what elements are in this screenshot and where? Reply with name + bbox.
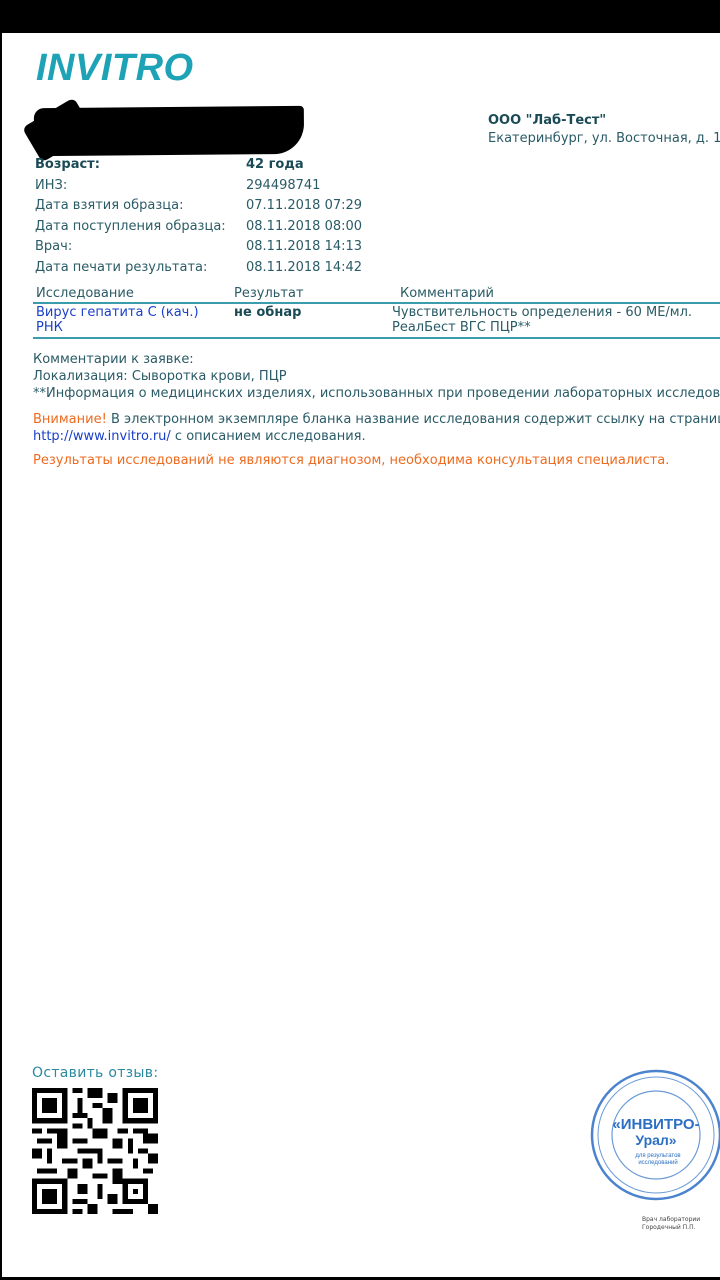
stamp-sub2: исследований: [638, 1159, 677, 1166]
qr-code-icon[interactable]: [32, 1088, 158, 1214]
lab-name: ООО "Лаб-Тест": [488, 113, 720, 128]
age-value: 42 года: [246, 155, 304, 176]
comment-line2: РеалБест ВГС ПЦР**: [392, 320, 720, 335]
info-row-sample-date: Дата взятия образца: 07.11.2018 07:29: [35, 196, 362, 217]
info-value: 08.11.2018 14:13: [246, 237, 362, 258]
info-row-arrival-date: Дата поступления образца: 08.11.2018 08:…: [35, 217, 362, 238]
signature: Врач лаборатории Городечный П.П.: [642, 1216, 700, 1232]
info-row-print-date: Дата печати результата: 08.11.2018 14:42: [35, 258, 362, 279]
notice-text: В электронном экземпляре бланка название…: [107, 412, 720, 427]
invitro-logo: INVITRO: [36, 47, 194, 90]
stamp-icon: «ИНВИТРО- Урал» для результатов исследов…: [588, 1067, 720, 1203]
test-comment: Чувствительность определения - 60 МЕ/мл.…: [392, 305, 720, 335]
info-label: Дата печати результата:: [35, 258, 246, 279]
info-label: ИНЗ:: [35, 176, 246, 197]
stamp-title: «ИНВИТРО-: [612, 1116, 699, 1133]
table-row: Вирус гепатита С (кач.) РНК не обнар Чув…: [33, 304, 720, 339]
info-value: 07.11.2018 07:29: [246, 196, 362, 217]
stamp-sub1: для результатов: [635, 1153, 680, 1159]
localization: Локализация: Сыворотка крови, ПЦР: [33, 368, 720, 385]
comments-title: Комментарии к заявке:: [33, 351, 720, 368]
invitro-link[interactable]: http://www.invitro.ru/: [33, 429, 171, 444]
test-name-link[interactable]: Вирус гепатита С (кач.) РНК: [33, 305, 234, 335]
info-value: 294498741: [246, 176, 320, 197]
info-row-doctor: Врач: 08.11.2018 14:13: [35, 237, 362, 258]
header-test: Исследование: [33, 285, 234, 302]
test-name-line1[interactable]: Вирус гепатита С (кач.): [36, 305, 234, 320]
age-row: Возраст: 42 года: [35, 155, 362, 176]
patient-info: Возраст: 42 года ИНЗ: 294498741 Дата взя…: [35, 155, 362, 278]
lab-info: ООО "Лаб-Тест" Екатеринбург, ул. Восточн…: [488, 113, 720, 146]
header-result: Результат: [234, 285, 392, 302]
attention-label: Внимание!: [33, 412, 107, 427]
info-label: Дата поступления образца:: [35, 217, 246, 238]
info-row-inz: ИНЗ: 294498741: [35, 176, 362, 197]
info-value: 08.11.2018 14:42: [246, 258, 362, 279]
table-header: Исследование Результат Комментарий: [33, 285, 720, 304]
lab-address: Екатеринбург, ул. Восточная, д. 16: [488, 131, 720, 146]
footnote: **Информация о медицинских изделиях, исп…: [33, 385, 720, 402]
stamp-title2: Урал»: [635, 1132, 676, 1148]
age-label: Возраст:: [35, 155, 246, 176]
lab-result-document: INVITRO ООО "Лаб-Тест" Екатеринбург, ул.…: [2, 33, 720, 1277]
notice: Внимание! В электронном экземпляре бланк…: [33, 411, 720, 445]
feedback-label: Оставить отзыв:: [32, 1065, 158, 1081]
test-result: не обнар: [234, 305, 392, 335]
info-label: Дата взятия образца:: [35, 196, 246, 217]
disclaimer: Результаты исследований не являются диаг…: [33, 453, 669, 468]
info-value: 08.11.2018 08:00: [246, 217, 362, 238]
signature-line1: Врач лаборатории: [642, 1216, 700, 1224]
header-comment: Комментарий: [392, 285, 720, 302]
results-table: Исследование Результат Комментарий Вирус…: [33, 285, 720, 339]
signature-line2: Городечный П.П.: [642, 1224, 700, 1232]
test-name-line2[interactable]: РНК: [36, 320, 234, 335]
redacted-patient-name: [34, 106, 304, 156]
comment-line1: Чувствительность определения - 60 МЕ/мл.: [392, 305, 720, 320]
info-label: Врач:: [35, 237, 246, 258]
order-comments: Комментарии к заявке: Локализация: Сывор…: [33, 351, 720, 402]
notice-text2: с описанием исследования.: [171, 429, 366, 444]
